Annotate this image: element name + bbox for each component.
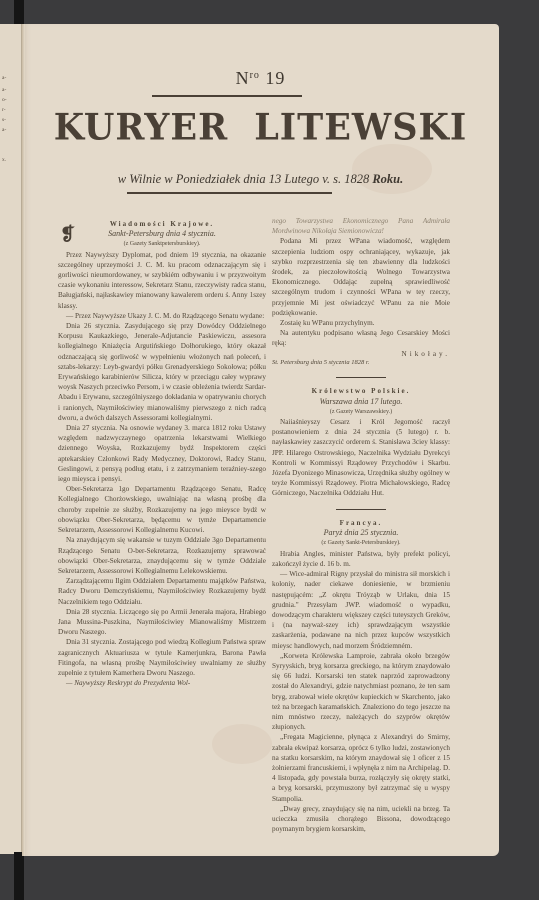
dateline-text: w Wilnie w Poniedziałek dnia 13 Lutego v… [118, 172, 369, 186]
article-paragraph: Naiiaśnieyszy Cesarz i Król Jegomość rac… [272, 417, 450, 499]
left-column: Wiadomości Krajowe. Sankt-Petersburg dni… [58, 216, 266, 688]
prev-page-fragment: s- [2, 118, 6, 123]
section-heading-poland: Królewstwo Polskie. [272, 386, 450, 396]
masthead-word-1: KURYER [54, 106, 228, 149]
article-paragraph: „Fregata Magicienne, płynąca z Alexandry… [272, 732, 450, 803]
section-heading: Wiadomości Krajowe. [58, 219, 266, 229]
rescript-address: nego Towarzystwa Ekonomicznego Pana Admi… [272, 216, 450, 236]
prev-page-fragment: x. [2, 158, 6, 163]
article-paragraph: Zarządzającemu Ilgim Oddziałem Departame… [58, 576, 266, 607]
article-paragraph: — Naywyższy Reskrypt do Prezydenta Wol- [58, 678, 266, 688]
article-paragraph: Przez Naywyższy Dyplomat, pod dniem 19 s… [58, 250, 266, 311]
section-divider [336, 509, 386, 511]
newspaper-page: Nro 19 KURYERLITEWSKI w Wilnie w Poniedz… [22, 24, 499, 856]
book-spine-bottom [14, 852, 24, 900]
dateline: w Wilnie w Poniedziałek dnia 13 Lutego v… [22, 172, 499, 187]
prev-page-fragment: a- [2, 88, 6, 93]
signature: Nikołay. [272, 349, 450, 359]
article-paragraph: Na znaydującym się wakansie w tuzym Oddz… [58, 535, 266, 576]
article-paragraph: Hrabia Angles, minister Państwa, były pr… [272, 549, 450, 569]
number-prefix: N [236, 68, 250, 88]
prev-page-fragment: a- [2, 76, 6, 81]
issue-number: Nro 19 [22, 68, 499, 89]
article-paragraph: „Dway grecy, znaydujący się na nim, ucie… [272, 804, 450, 835]
previous-page-edge: a- a- o- r- s- a- x. [0, 24, 22, 854]
number-value: 19 [265, 68, 285, 88]
divider-rule [152, 95, 302, 97]
place-date: Paryż dnia 25 stycznia. [272, 528, 450, 538]
number-superscript: ro [250, 70, 260, 81]
article-paragraph: Dnia 27 stycznia. Na osnowie wydaney 3. … [58, 423, 266, 484]
masthead-word-2: LITEWSKI [254, 106, 467, 149]
article-paragraph: Zostaię ku WPanu przychylnym. [272, 318, 450, 328]
place-date: Sankt-Petersburg dnia 4 stycznia. [58, 229, 266, 239]
paper-stain [212, 724, 272, 764]
news-source: (z Gazety Warszawskiey.) [272, 407, 450, 417]
right-column: nego Towarzystwa Ekonomicznego Pana Admi… [272, 216, 450, 834]
place-date: Warszawa dnia 17 lutego. [272, 397, 450, 407]
article-paragraph: Podana Mi przez WPana wiadomość, względe… [272, 236, 450, 318]
article-paragraph: Dnia 28 stycznia. Liczącego się po Armii… [58, 607, 266, 638]
article-paragraph: Ober-Sekretarza 1go Departamentu Rządząc… [58, 484, 266, 535]
section-heading-france: Francya. [272, 518, 450, 528]
divider-rule [127, 192, 332, 194]
dateline-year-suffix: Roku. [372, 172, 403, 186]
prev-page-fragment: a- [2, 128, 6, 133]
prev-page-fragment: o- [2, 98, 7, 103]
book-spine-top [14, 0, 24, 26]
article-paragraph: „Korweta Królewska Lamproie, zabrała oko… [272, 651, 450, 733]
place-of-signing: St. Petersburg dnia 5 stycznia 1828 r. [272, 359, 450, 367]
news-source: (z Gazety Sanktpetersburskiey). [58, 239, 266, 249]
news-source: (z Gazety Sankt-Petersburskiey). [272, 538, 450, 548]
article-paragraph: — Wice-admirał Rigny przysłał do ministr… [272, 569, 450, 651]
article-paragraph: Dnia 26 stycznia. Zasydującego się przy … [58, 321, 266, 423]
article-paragraph: Dnia 31 stycznia. Zostającego pod wiedzą… [58, 637, 266, 678]
prev-page-fragment: r- [2, 108, 6, 113]
masthead-title: KURYERLITEWSKI [22, 106, 499, 149]
article-paragraph: — Przez Naywyższe Ukazy J. C. M. do Rząd… [58, 311, 266, 321]
article-paragraph: Na autentyku podpisano własną Jego Cesar… [272, 328, 450, 348]
section-divider [336, 377, 386, 379]
